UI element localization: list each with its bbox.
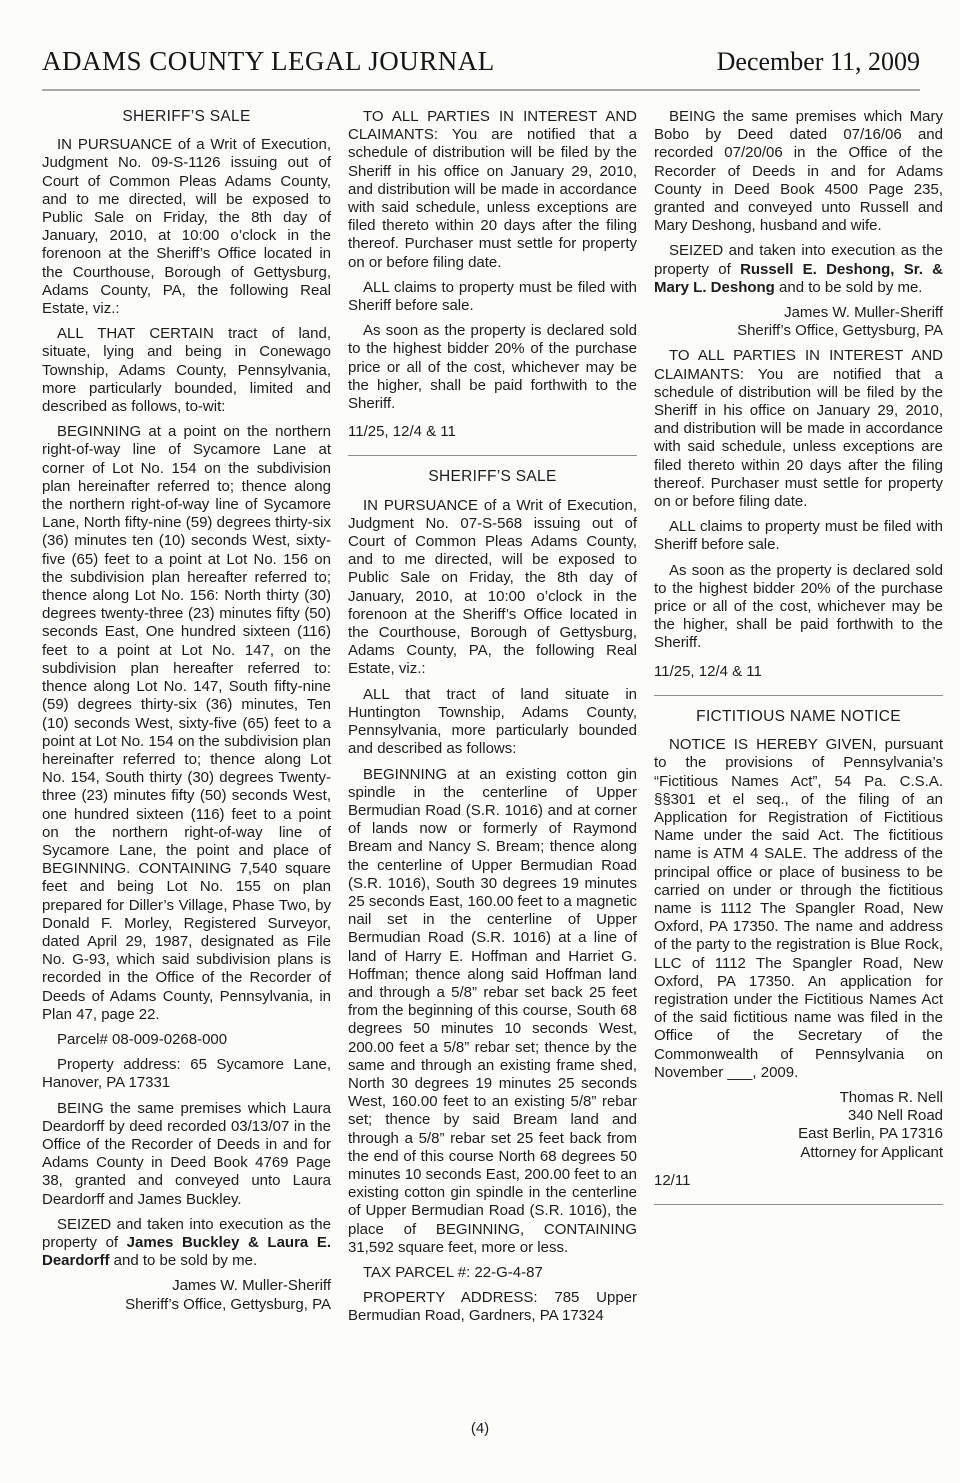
notice-columns: SHERIFF’S SALE IN PURSUANCE of a Writ of… [42,108,944,1333]
notice-heading: SHERIFF’S SALE [42,108,331,126]
signature-line: East Berlin, PA 17316 [654,1125,943,1143]
notice-paragraph: ALL that tract of land situate in Huntin… [348,686,637,759]
tax-parcel: TAX PARCEL #: 22-G-4-87 [348,1264,637,1282]
legal-journal-page: ADAMS COUNTY LEGAL JOURNAL December 11, … [0,0,960,1483]
section-divider [348,455,637,456]
notice-paragraph: NOTICE IS HEREBY GIVEN, pursuant to the … [654,736,943,1082]
notice-paragraph: As soon as the property is declared sold… [654,562,943,653]
citation-dates: 12/11 [654,1172,943,1190]
signature-line: Sheriff’s Office, Gettysburg, PA [42,1296,331,1314]
column-2: TO ALL PARTIES IN INTEREST AND CLAIMANTS… [348,108,637,1333]
section-divider [654,695,943,696]
notice-paragraph: BEGINNING at a point on the northern rig… [42,423,331,1024]
signature-line: Thomas R. Nell [654,1089,943,1107]
section-divider [654,1204,943,1205]
notice-paragraph: BEING the same premises which Mary Bobo … [654,108,943,235]
property-address: Property address: 65 Sycamore Lane, Hano… [42,1056,331,1092]
signature-line: James W. Muller-Sheriff [654,304,943,322]
notice-heading: FICTITIOUS NAME NOTICE [654,708,943,726]
issue-date: December 11, 2009 [717,47,944,77]
masthead: ADAMS COUNTY LEGAL JOURNAL December 11, … [42,0,944,77]
citation-dates: 11/25, 12/4 & 11 [348,423,637,441]
notice-heading: SHERIFF’S SALE [348,468,637,486]
parcel-number: Parcel# 08-009-0268-000 [42,1031,331,1049]
signature-line: 340 Nell Road [654,1107,943,1125]
notice-paragraph: ALL claims to property must be filed wit… [654,518,943,554]
signature-line: Attorney for Applicant [654,1144,943,1162]
notice-paragraph: IN PURSUANCE of a Writ of Execution, Jud… [348,497,637,679]
seized-paragraph: SEIZED and taken into execution as the p… [654,242,943,297]
notice-paragraph: As soon as the property is declared sold… [348,322,637,413]
seized-post: and to be sold by me. [775,279,923,296]
signature-line: Sheriff’s Office, Gettysburg, PA [654,322,943,340]
seized-post: and to be sold by me. [110,1252,258,1269]
citation-dates: 11/25, 12/4 & 11 [654,663,943,681]
notice-paragraph: ALL THAT CERTAIN tract of land, situate,… [42,325,331,416]
page-number: (4) [471,1420,489,1437]
masthead-divider [42,89,920,91]
seized-paragraph: SEIZED and taken into execution as the p… [42,1216,331,1271]
notice-paragraph: TO ALL PARTIES IN INTEREST AND CLAIMANTS… [654,347,943,511]
property-address: PROPERTY ADDRESS: 785 Upper Bermudian Ro… [348,1289,637,1325]
column-1: SHERIFF’S SALE IN PURSUANCE of a Writ of… [42,108,331,1333]
notice-paragraph: ALL claims to property must be filed wit… [348,279,637,315]
column-3: BEING the same premises which Mary Bobo … [654,108,943,1333]
notice-paragraph: TO ALL PARTIES IN INTEREST AND CLAIMANTS… [348,108,637,272]
page-footer: (4) [0,1420,960,1437]
notice-paragraph: IN PURSUANCE of a Writ of Execution, Jud… [42,136,331,318]
journal-title: ADAMS COUNTY LEGAL JOURNAL [42,46,495,77]
signature-line: James W. Muller-Sheriff [42,1277,331,1295]
notice-paragraph: BEING the same premises which Laura Dear… [42,1100,331,1209]
notice-paragraph: BEGINNING at an existing cotton gin spin… [348,766,637,1257]
